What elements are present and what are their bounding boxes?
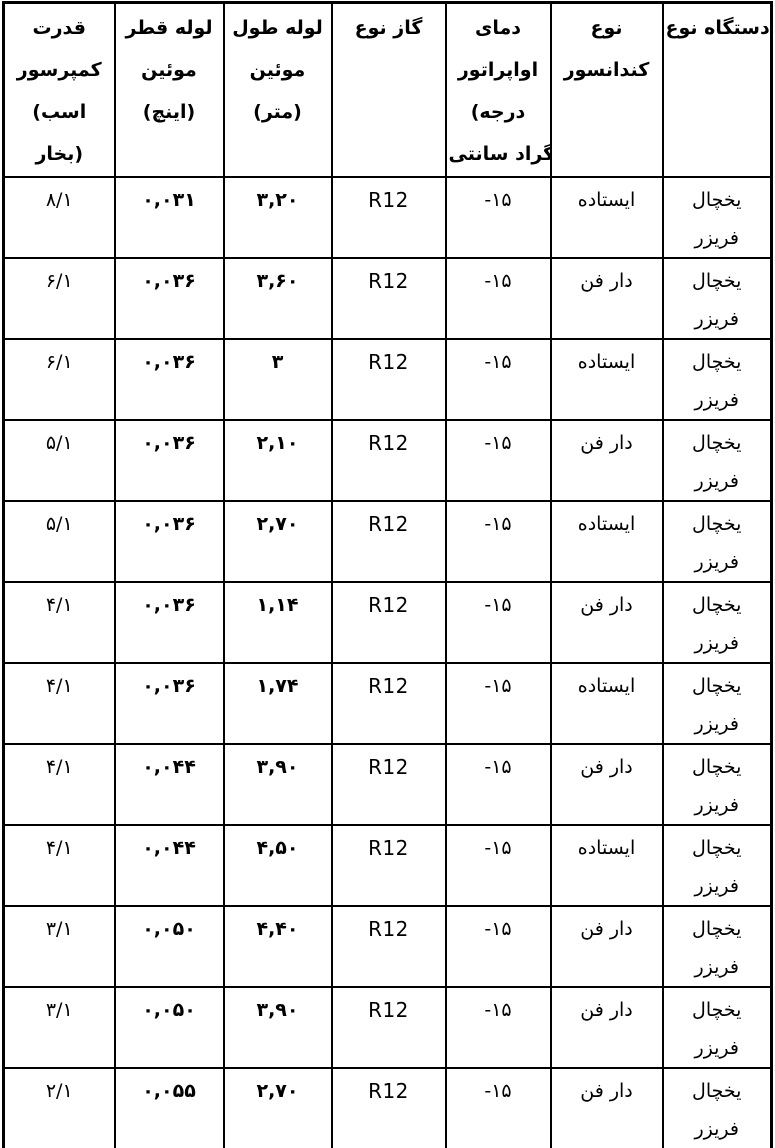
cell-line: -۱۵ <box>449 424 548 462</box>
header-line: نوع دستگاه <box>666 7 769 49</box>
cell-line: -۱۵ <box>449 910 548 948</box>
cell-length: ۴,۵۰ <box>224 825 332 906</box>
cell-line: فریزر <box>666 786 769 824</box>
cell-line: فریزر <box>666 1029 769 1067</box>
cell-line: ۴/۱ <box>7 667 112 705</box>
header-line: بخار) <box>7 133 112 175</box>
cell-line: R12 <box>335 181 443 219</box>
cell-length: ۳ <box>224 339 332 420</box>
cell-condenser: ایستاده <box>551 825 663 906</box>
cell-condenser: ایستاده <box>551 663 663 744</box>
cell-line: ایستاده <box>554 667 660 705</box>
cell-line: -۱۵ <box>449 505 548 543</box>
cell-diameter: ۰,۰۵۵ <box>115 1068 224 1148</box>
cell-line: -۱۵ <box>449 1072 548 1110</box>
table-row: یخچالفریزرایستاده-۱۵R12۳۰,۰۳۶۶/۱ <box>4 339 772 420</box>
cell-line: ایستاده <box>554 829 660 867</box>
cell-line: ۰,۰۳۱ <box>118 181 221 219</box>
cell-temperature: -۱۵ <box>446 906 551 987</box>
cell-line: R12 <box>335 829 443 867</box>
cell-line: R12 <box>335 262 443 300</box>
header-line: موئین <box>118 49 221 91</box>
cell-temperature: -۱۵ <box>446 339 551 420</box>
cell-line: -۱۵ <box>449 991 548 1029</box>
cell-line: ۰,۰۳۶ <box>118 667 221 705</box>
cell-length: ۳,۲۰ <box>224 177 332 258</box>
cell-line: فن دار <box>554 1072 660 1110</box>
cell-condenser: فن دار <box>551 987 663 1068</box>
cell-line: R12 <box>335 748 443 786</box>
cell-diameter: ۰,۰۳۱ <box>115 177 224 258</box>
cell-gas: R12 <box>332 258 446 339</box>
cell-temperature: -۱۵ <box>446 987 551 1068</box>
table-row: یخچالفریزرایستاده-۱۵R12۱,۷۴۰,۰۳۶۴/۱ <box>4 663 772 744</box>
cell-device: یخچالفریزر <box>663 663 772 744</box>
cell-condenser: ایستاده <box>551 177 663 258</box>
header-line: (اسب <box>7 91 112 133</box>
cell-device: یخچالفریزر <box>663 825 772 906</box>
cell-line: ۶/۱ <box>7 343 112 381</box>
cell-device: یخچالفریزر <box>663 582 772 663</box>
cell-device: یخچالفریزر <box>663 987 772 1068</box>
table-row: یخچالفریزرفن دار-۱۵R12۱,۱۴۰,۰۳۶۴/۱ <box>4 582 772 663</box>
cell-line: ۵/۱ <box>7 505 112 543</box>
table-row: یخچالفریزرفن دار-۱۵R12۲,۱۰۰,۰۳۶۵/۱ <box>4 420 772 501</box>
cell-line: یخچال <box>666 748 769 786</box>
cell-gas: R12 <box>332 1068 446 1148</box>
cell-line: یخچال <box>666 910 769 948</box>
cell-power: ۲/۱ <box>4 1068 115 1148</box>
cell-line: فن دار <box>554 262 660 300</box>
cell-line: -۱۵ <box>449 829 548 867</box>
cell-line: ۰,۰۴۴ <box>118 829 221 867</box>
cell-line: ۳,۲۰ <box>227 181 329 219</box>
cell-line: فریزر <box>666 219 769 257</box>
cell-line: ۳/۱ <box>7 991 112 1029</box>
cell-condenser: فن دار <box>551 258 663 339</box>
cell-device: یخچالفریزر <box>663 258 772 339</box>
cell-line: ۰,۰۳۶ <box>118 586 221 624</box>
cell-line: یخچال <box>666 829 769 867</box>
cell-line: فریزر <box>666 381 769 419</box>
cell-line: فریزر <box>666 543 769 581</box>
cell-line: فن دار <box>554 910 660 948</box>
cell-line: ۰,۰۵۰ <box>118 910 221 948</box>
cell-line: -۱۵ <box>449 181 548 219</box>
header-row: نوع دستگاهنوعکندانسوردمایاواپراتور(درجهس… <box>4 3 772 177</box>
cell-line: ۲,۷۰ <box>227 1072 329 1110</box>
cell-line: فریزر <box>666 867 769 905</box>
cell-line: ۳,۹۰ <box>227 748 329 786</box>
cell-temperature: -۱۵ <box>446 501 551 582</box>
cell-line: ۰,۰۴۴ <box>118 748 221 786</box>
table-row: یخچالفریزرفن دار-۱۵R12۴,۴۰۰,۰۵۰۳/۱ <box>4 906 772 987</box>
header-line: (درجه <box>449 91 548 133</box>
cell-gas: R12 <box>332 906 446 987</box>
capillary-tube-table: نوع دستگاهنوعکندانسوردمایاواپراتور(درجهس… <box>2 1 773 1148</box>
cell-temperature: -۱۵ <box>446 258 551 339</box>
cell-length: ۳,۹۰ <box>224 744 332 825</box>
cell-diameter: ۰,۰۵۰ <box>115 987 224 1068</box>
cell-line: ۴,۴۰ <box>227 910 329 948</box>
cell-line: ۴/۱ <box>7 748 112 786</box>
cell-power: ۶/۱ <box>4 258 115 339</box>
table-header: نوع دستگاهنوعکندانسوردمایاواپراتور(درجهس… <box>4 3 772 177</box>
col-header-temperature: دمایاواپراتور(درجهسانتی گراد) <box>446 3 551 177</box>
cell-line: فریزر <box>666 300 769 338</box>
cell-condenser: فن دار <box>551 420 663 501</box>
header-line: کندانسور <box>554 49 660 91</box>
cell-condenser: ایستاده <box>551 339 663 420</box>
cell-length: ۴,۴۰ <box>224 906 332 987</box>
cell-line: فریزر <box>666 1110 769 1148</box>
cell-line: فریزر <box>666 624 769 662</box>
cell-line: ۲,۱۰ <box>227 424 329 462</box>
cell-line: ۰,۰۳۶ <box>118 505 221 543</box>
cell-line: -۱۵ <box>449 586 548 624</box>
cell-temperature: -۱۵ <box>446 420 551 501</box>
cell-line: ایستاده <box>554 505 660 543</box>
col-header-diameter: قطر لولهموئین(اینچ) <box>115 3 224 177</box>
cell-gas: R12 <box>332 744 446 825</box>
header-line: قدرت <box>7 7 112 49</box>
cell-line: -۱۵ <box>449 343 548 381</box>
cell-gas: R12 <box>332 177 446 258</box>
cell-temperature: -۱۵ <box>446 663 551 744</box>
cell-gas: R12 <box>332 987 446 1068</box>
cell-line: یخچال <box>666 667 769 705</box>
cell-line: یخچال <box>666 181 769 219</box>
cell-line: ۴/۱ <box>7 829 112 867</box>
cell-line: -۱۵ <box>449 262 548 300</box>
cell-line: R12 <box>335 991 443 1029</box>
cell-condenser: فن دار <box>551 582 663 663</box>
cell-length: ۱,۷۴ <box>224 663 332 744</box>
cell-gas: R12 <box>332 825 446 906</box>
cell-device: یخچالفریزر <box>663 339 772 420</box>
table-row: یخچالفریزرفن دار-۱۵R12۲,۷۰۰,۰۵۵۲/۱ <box>4 1068 772 1148</box>
cell-line: ایستاده <box>554 181 660 219</box>
cell-line: یخچال <box>666 505 769 543</box>
cell-line: ۱,۱۴ <box>227 586 329 624</box>
cell-length: ۳,۹۰ <box>224 987 332 1068</box>
cell-line: فریزر <box>666 462 769 500</box>
page: نوع دستگاهنوعکندانسوردمایاواپراتور(درجهس… <box>0 0 775 1148</box>
cell-line: ۰,۰۳۶ <box>118 343 221 381</box>
cell-line: R12 <box>335 343 443 381</box>
cell-device: یخچالفریزر <box>663 906 772 987</box>
cell-line: ۲/۱ <box>7 1072 112 1110</box>
table-body: یخچالفریزرایستاده-۱۵R12۳,۲۰۰,۰۳۱۸/۱یخچال… <box>4 177 772 1148</box>
cell-device: یخچالفریزر <box>663 1068 772 1148</box>
cell-line: ۳,۹۰ <box>227 991 329 1029</box>
cell-condenser: ایستاده <box>551 501 663 582</box>
cell-gas: R12 <box>332 663 446 744</box>
cell-line: ۴,۵۰ <box>227 829 329 867</box>
header-line: قطر لوله <box>118 7 221 49</box>
cell-temperature: -۱۵ <box>446 177 551 258</box>
cell-line: فن دار <box>554 991 660 1029</box>
cell-line: R12 <box>335 910 443 948</box>
cell-line: یخچال <box>666 262 769 300</box>
cell-diameter: ۰,۰۳۶ <box>115 501 224 582</box>
cell-line: R12 <box>335 424 443 462</box>
header-line: موئین <box>227 49 329 91</box>
cell-line: یخچال <box>666 424 769 462</box>
cell-line: ۱,۷۴ <box>227 667 329 705</box>
cell-line: فن دار <box>554 424 660 462</box>
cell-temperature: -۱۵ <box>446 825 551 906</box>
cell-length: ۲,۱۰ <box>224 420 332 501</box>
cell-line: فن دار <box>554 748 660 786</box>
header-line: اواپراتور <box>449 49 548 91</box>
col-header-condenser: نوعکندانسور <box>551 3 663 177</box>
cell-power: ۴/۱ <box>4 825 115 906</box>
cell-line: ۲,۷۰ <box>227 505 329 543</box>
cell-gas: R12 <box>332 420 446 501</box>
cell-temperature: -۱۵ <box>446 744 551 825</box>
cell-diameter: ۰,۰۵۰ <box>115 906 224 987</box>
cell-power: ۳/۱ <box>4 906 115 987</box>
cell-line: یخچال <box>666 1072 769 1110</box>
col-header-device: نوع دستگاه <box>663 3 772 177</box>
cell-diameter: ۰,۰۳۶ <box>115 420 224 501</box>
header-line: سانتی گراد) <box>449 133 548 175</box>
cell-line: R12 <box>335 586 443 624</box>
table-row: یخچالفریزرفن دار-۱۵R12۳,۶۰۰,۰۳۶۶/۱ <box>4 258 772 339</box>
cell-line: ۰,۰۵۰ <box>118 991 221 1029</box>
cell-line: فریزر <box>666 948 769 986</box>
cell-temperature: -۱۵ <box>446 1068 551 1148</box>
header-line: نوع <box>554 7 660 49</box>
cell-power: ۵/۱ <box>4 420 115 501</box>
cell-line: فن دار <box>554 586 660 624</box>
col-header-power: قدرتکمپرسور(اسببخار) <box>4 3 115 177</box>
cell-power: ۴/۱ <box>4 744 115 825</box>
cell-power: ۸/۱ <box>4 177 115 258</box>
cell-line: ۰,۰۳۶ <box>118 262 221 300</box>
cell-line: ۳/۱ <box>7 910 112 948</box>
cell-diameter: ۰,۰۳۶ <box>115 258 224 339</box>
cell-power: ۶/۱ <box>4 339 115 420</box>
cell-device: یخچالفریزر <box>663 501 772 582</box>
cell-line: ۰,۰۳۶ <box>118 424 221 462</box>
col-header-gas: نوع گاز <box>332 3 446 177</box>
cell-device: یخچالفریزر <box>663 744 772 825</box>
header-line: (اینچ) <box>118 91 221 133</box>
cell-line: ایستاده <box>554 343 660 381</box>
cell-length: ۱,۱۴ <box>224 582 332 663</box>
table-row: یخچالفریزرایستاده-۱۵R12۴,۵۰۰,۰۴۴۴/۱ <box>4 825 772 906</box>
cell-line: R12 <box>335 667 443 705</box>
cell-line: ۳,۶۰ <box>227 262 329 300</box>
cell-gas: R12 <box>332 339 446 420</box>
cell-line: R12 <box>335 1072 443 1110</box>
table-row: یخچالفریزرایستاده-۱۵R12۳,۲۰۰,۰۳۱۸/۱ <box>4 177 772 258</box>
cell-condenser: فن دار <box>551 744 663 825</box>
cell-power: ۵/۱ <box>4 501 115 582</box>
cell-length: ۳,۶۰ <box>224 258 332 339</box>
cell-temperature: -۱۵ <box>446 582 551 663</box>
cell-line: ۶/۱ <box>7 262 112 300</box>
cell-line: ۸/۱ <box>7 181 112 219</box>
cell-line: یخچال <box>666 343 769 381</box>
cell-line: یخچال <box>666 991 769 1029</box>
cell-line: فریزر <box>666 705 769 743</box>
cell-length: ۲,۷۰ <box>224 501 332 582</box>
cell-device: یخچالفریزر <box>663 177 772 258</box>
header-line: دمای <box>449 7 548 49</box>
cell-power: ۴/۱ <box>4 663 115 744</box>
table-row: یخچالفریزرایستاده-۱۵R12۲,۷۰۰,۰۳۶۵/۱ <box>4 501 772 582</box>
header-line: طول لوله <box>227 7 329 49</box>
cell-device: یخچالفریزر <box>663 420 772 501</box>
cell-condenser: فن دار <box>551 1068 663 1148</box>
cell-line: -۱۵ <box>449 667 548 705</box>
cell-line: ۵/۱ <box>7 424 112 462</box>
cell-length: ۲,۷۰ <box>224 1068 332 1148</box>
cell-gas: R12 <box>332 501 446 582</box>
cell-diameter: ۰,۰۳۶ <box>115 582 224 663</box>
cell-diameter: ۰,۰۴۴ <box>115 825 224 906</box>
cell-diameter: ۰,۰۳۶ <box>115 663 224 744</box>
table-row: یخچالفریزرفن دار-۱۵R12۳,۹۰۰,۰۵۰۳/۱ <box>4 987 772 1068</box>
cell-line: ۳ <box>227 343 329 381</box>
header-line: نوع گاز <box>335 7 443 49</box>
cell-power: ۳/۱ <box>4 987 115 1068</box>
cell-line: یخچال <box>666 586 769 624</box>
header-line: (متر) <box>227 91 329 133</box>
cell-diameter: ۰,۰۴۴ <box>115 744 224 825</box>
table-row: یخچالفریزرفن دار-۱۵R12۳,۹۰۰,۰۴۴۴/۱ <box>4 744 772 825</box>
header-line: کمپرسور <box>7 49 112 91</box>
cell-diameter: ۰,۰۳۶ <box>115 339 224 420</box>
cell-line: ۰,۰۵۵ <box>118 1072 221 1110</box>
cell-line: R12 <box>335 505 443 543</box>
cell-line: -۱۵ <box>449 748 548 786</box>
cell-gas: R12 <box>332 582 446 663</box>
col-header-length: طول لولهموئین(متر) <box>224 3 332 177</box>
cell-line: ۴/۱ <box>7 586 112 624</box>
cell-condenser: فن دار <box>551 906 663 987</box>
cell-power: ۴/۱ <box>4 582 115 663</box>
